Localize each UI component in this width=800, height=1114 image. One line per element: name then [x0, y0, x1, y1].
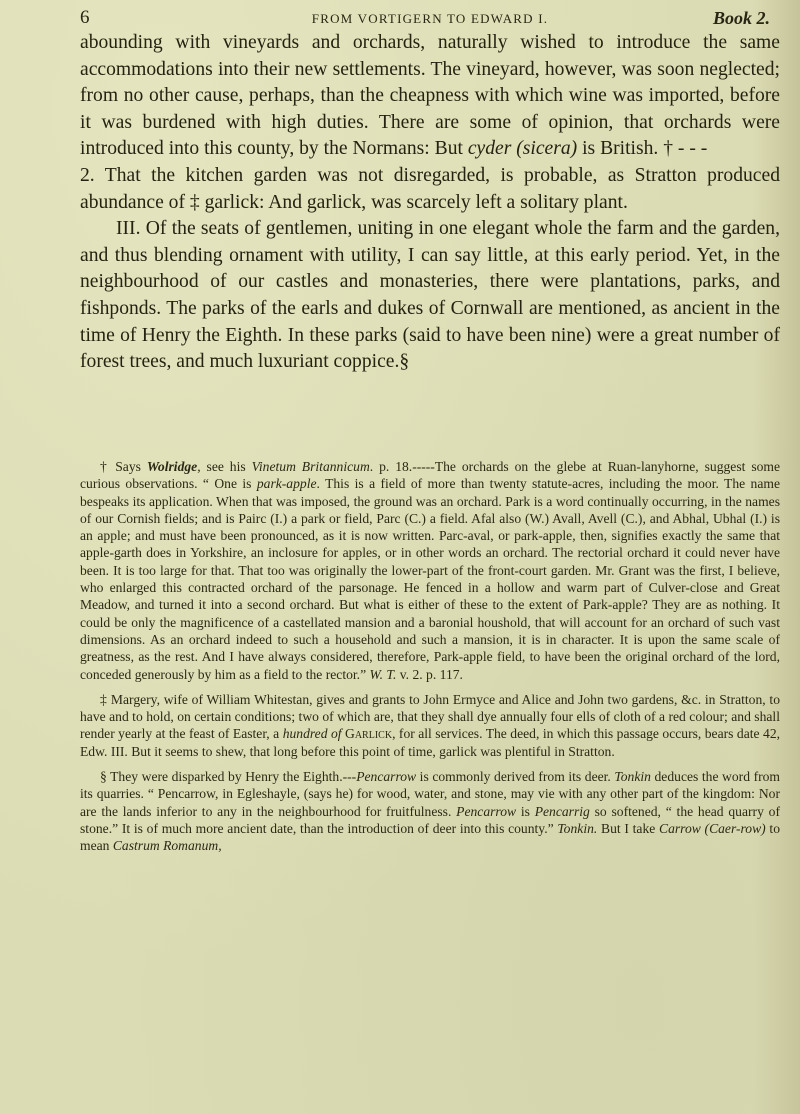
italic-run: Carrow (Caer-row): [659, 821, 766, 836]
footnote-dagger: † Says Wolridge, see his Vinetum Britann…: [80, 458, 780, 683]
text-run: But I take: [597, 821, 659, 836]
text-run: . This is a field of more than twenty st…: [80, 476, 780, 681]
italic-run: Tonkin.: [557, 821, 597, 836]
book-page: 6 FROM VORTIGERN TO EDWARD I. Book 2. ab…: [0, 0, 800, 1114]
running-head: 6 FROM VORTIGERN TO EDWARD I. Book 2.: [80, 6, 780, 30]
footnote-double-dagger: ‡ Margery, wife of William Whitestan, gi…: [80, 691, 780, 760]
section-footnote-mark[interactable]: §: [399, 351, 409, 372]
text-run: They were disparked by Henry the Eighth.…: [107, 769, 356, 784]
text-run: - - -: [673, 138, 707, 159]
text-run: garlick: And garlick, was scarcely left …: [200, 192, 628, 213]
italic-run: W. T.: [370, 667, 397, 682]
text-run: III. Of the seats of gentlemen, uniting …: [80, 218, 780, 372]
paragraph-3: III. Of the seats of gentlemen, uniting …: [80, 216, 780, 376]
italic-run: Pencarrow: [456, 804, 516, 819]
italic-run: Vinetum Britannicum: [252, 459, 370, 474]
small-caps-run: Garlick: [342, 726, 393, 741]
text-run: , see his: [197, 459, 251, 474]
paragraph-2: 2. That the kitchen garden was not disre…: [80, 163, 780, 216]
italic-run: cyder (sicera): [468, 138, 577, 159]
text-run: is: [516, 804, 535, 819]
footnotes: † Says Wolridge, see his Vinetum Britann…: [80, 458, 780, 863]
running-title: FROM VORTIGERN TO EDWARD I.: [80, 7, 780, 31]
double-dagger-footnote-mark[interactable]: ‡: [190, 192, 200, 213]
italic-run: Castrum Romanum,: [113, 838, 222, 853]
paragraph-1: abounding with vineyards and orchards, n…: [80, 30, 780, 163]
text-run: is British.: [577, 138, 663, 159]
footnote-mark: §: [100, 769, 107, 784]
footnote-mark: †: [100, 459, 109, 474]
text-run: is commonly derived from its deer.: [416, 769, 614, 784]
body-text: abounding with vineyards and orchards, n…: [80, 30, 780, 376]
italic-run: Pencarrow: [356, 769, 416, 784]
text-run: Says: [109, 459, 147, 474]
italic-run: Wolridge: [147, 459, 197, 474]
book-label: Book 2.: [713, 6, 770, 30]
italic-run: Tonkin: [614, 769, 651, 784]
footnote-section: § They were disparked by Henry the Eight…: [80, 768, 780, 854]
dagger-footnote-mark[interactable]: †: [663, 138, 673, 159]
text-run: v. 2. p. 117.: [396, 667, 463, 682]
italic-run: hundred of: [283, 726, 342, 741]
italic-run: park-apple: [257, 476, 317, 491]
italic-run: Pencarrig: [535, 804, 590, 819]
